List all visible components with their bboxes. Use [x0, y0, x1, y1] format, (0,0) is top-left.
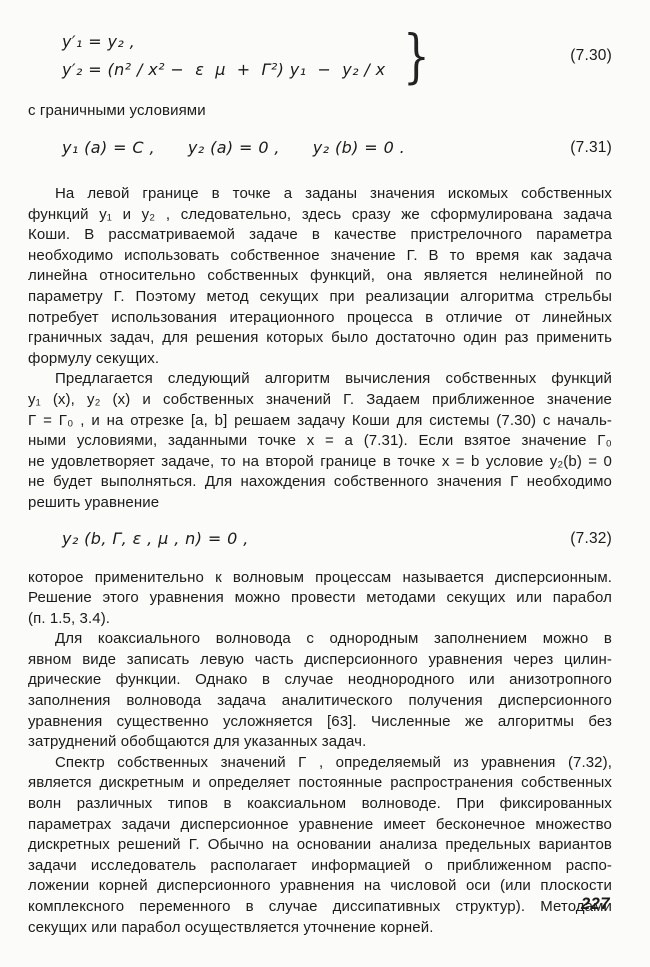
text-line: Предлагается следующий алгоритм вычислен… [28, 369, 612, 390]
equation-7-32: y₂ (b, Γ, ε , μ , n) = 0 , (7.32) [62, 525, 612, 553]
text-line: ными условиями, заданными точке x = a (7… [28, 431, 612, 452]
text-line: задачи исследователь располагает информа… [28, 856, 612, 877]
equation-7-30-line-2: y′₂ = (n² / x² − ε μ + Γ²) y₁ − y₂ / x [62, 56, 386, 84]
text-line: (п. 1.5, 3.4). [28, 609, 612, 630]
equation-7-31-number: (7.31) [570, 139, 612, 157]
text-line: параметрах задачи дисперсионное уравнени… [28, 815, 612, 836]
text-line: дискретных решений Γ. Обычно на основани… [28, 835, 612, 856]
paragraph-1: На левой границе в точке a заданы значен… [28, 184, 612, 369]
text-line: параметру Γ. Поэтому метод секущих при р… [28, 287, 612, 308]
text-line: затруднений обобщаются для указанных зад… [28, 732, 612, 753]
system-brace: } [403, 28, 430, 84]
text-line: комплексного переменного в случае диссип… [28, 897, 612, 918]
boundary-conditions-intro: с граничными условиями [28, 101, 612, 121]
text-line: Γ = Γ₀ , и на отрезке [a, b] решаем зада… [28, 411, 612, 432]
text-line: Для коаксиального волновода с однородным… [28, 629, 612, 650]
text-line: которое применительно к волновым процесс… [28, 568, 612, 589]
text-line: потребует использования итерационного пр… [28, 308, 612, 329]
text-line: не будет выполняться. Для нахождения соб… [28, 472, 612, 493]
text-line: уравнения существенно усложняется [63]. … [28, 712, 612, 733]
equation-7-31: y₁ (a) = C , y₂ (a) = 0 , y₂ (b) = 0 . (… [62, 134, 612, 162]
text-line: волн различных типов в коаксиальном волн… [28, 794, 612, 815]
text-line: Решение этого уравнения можно провести м… [28, 588, 612, 609]
equation-7-32-body: y₂ (b, Γ, ε , μ , n) = 0 , [62, 525, 249, 553]
text-line: Спектр собственных значений Γ , определя… [28, 753, 612, 774]
text-line: необходимо использовать собственное знач… [28, 246, 612, 267]
text-line: заполнения волновода задача аналитическо… [28, 691, 612, 712]
equation-7-30-line-1: y′₁ = y₂ , [62, 28, 386, 56]
equation-7-30: y′₁ = y₂ , y′₂ = (n² / x² − ε μ + Γ²) y₁… [62, 28, 612, 84]
text-line: граничных задач, для решения которых был… [28, 328, 612, 349]
paragraph-2: Предлагается следующий алгоритм вычислен… [28, 369, 612, 513]
book-page: y′₁ = y₂ , y′₂ = (n² / x² − ε μ + Γ²) y₁… [0, 0, 650, 967]
text-line: является дискретным и определяет постоян… [28, 773, 612, 794]
text-line: дрические функции. Однако в случае неодн… [28, 670, 612, 691]
text-line: Коши. В рассматриваемой задаче в качеств… [28, 225, 612, 246]
page-number: 227 [581, 895, 610, 914]
paragraph-4: Для коаксиального волновода с однородным… [28, 629, 612, 753]
equation-7-32-number: (7.32) [570, 530, 612, 548]
paragraph-5: Спектр собственных значений Γ , определя… [28, 753, 612, 938]
equation-7-30-system: y′₁ = y₂ , y′₂ = (n² / x² − ε μ + Γ²) y₁… [62, 28, 386, 84]
text-line: явном виде записать левую часть дисперси… [28, 650, 612, 671]
text-line: ложении корней дисперсионного уравнения … [28, 876, 612, 897]
paragraph-3: которое применительно к волновым процесс… [28, 568, 612, 630]
text-line: y₁ (x), y₂ (x) и собственных значений Γ.… [28, 390, 612, 411]
equation-7-30-number: (7.30) [570, 47, 612, 65]
text-line: решить уравнение [28, 493, 612, 514]
text-line: На левой границе в точке a заданы значен… [28, 184, 612, 205]
text-line: не удовлетворяет задаче, то на второй гр… [28, 452, 612, 473]
text-line: секущих или парабол осуществляется уточн… [28, 918, 612, 939]
equation-7-31-body: y₁ (a) = C , y₂ (a) = 0 , y₂ (b) = 0 . [62, 134, 405, 162]
text-line: линейна относительно собственных функций… [28, 266, 612, 287]
text-line: формулу секущих. [28, 349, 612, 370]
text-line: функций y₁ и y₂ , следовательно, здесь с… [28, 205, 612, 226]
